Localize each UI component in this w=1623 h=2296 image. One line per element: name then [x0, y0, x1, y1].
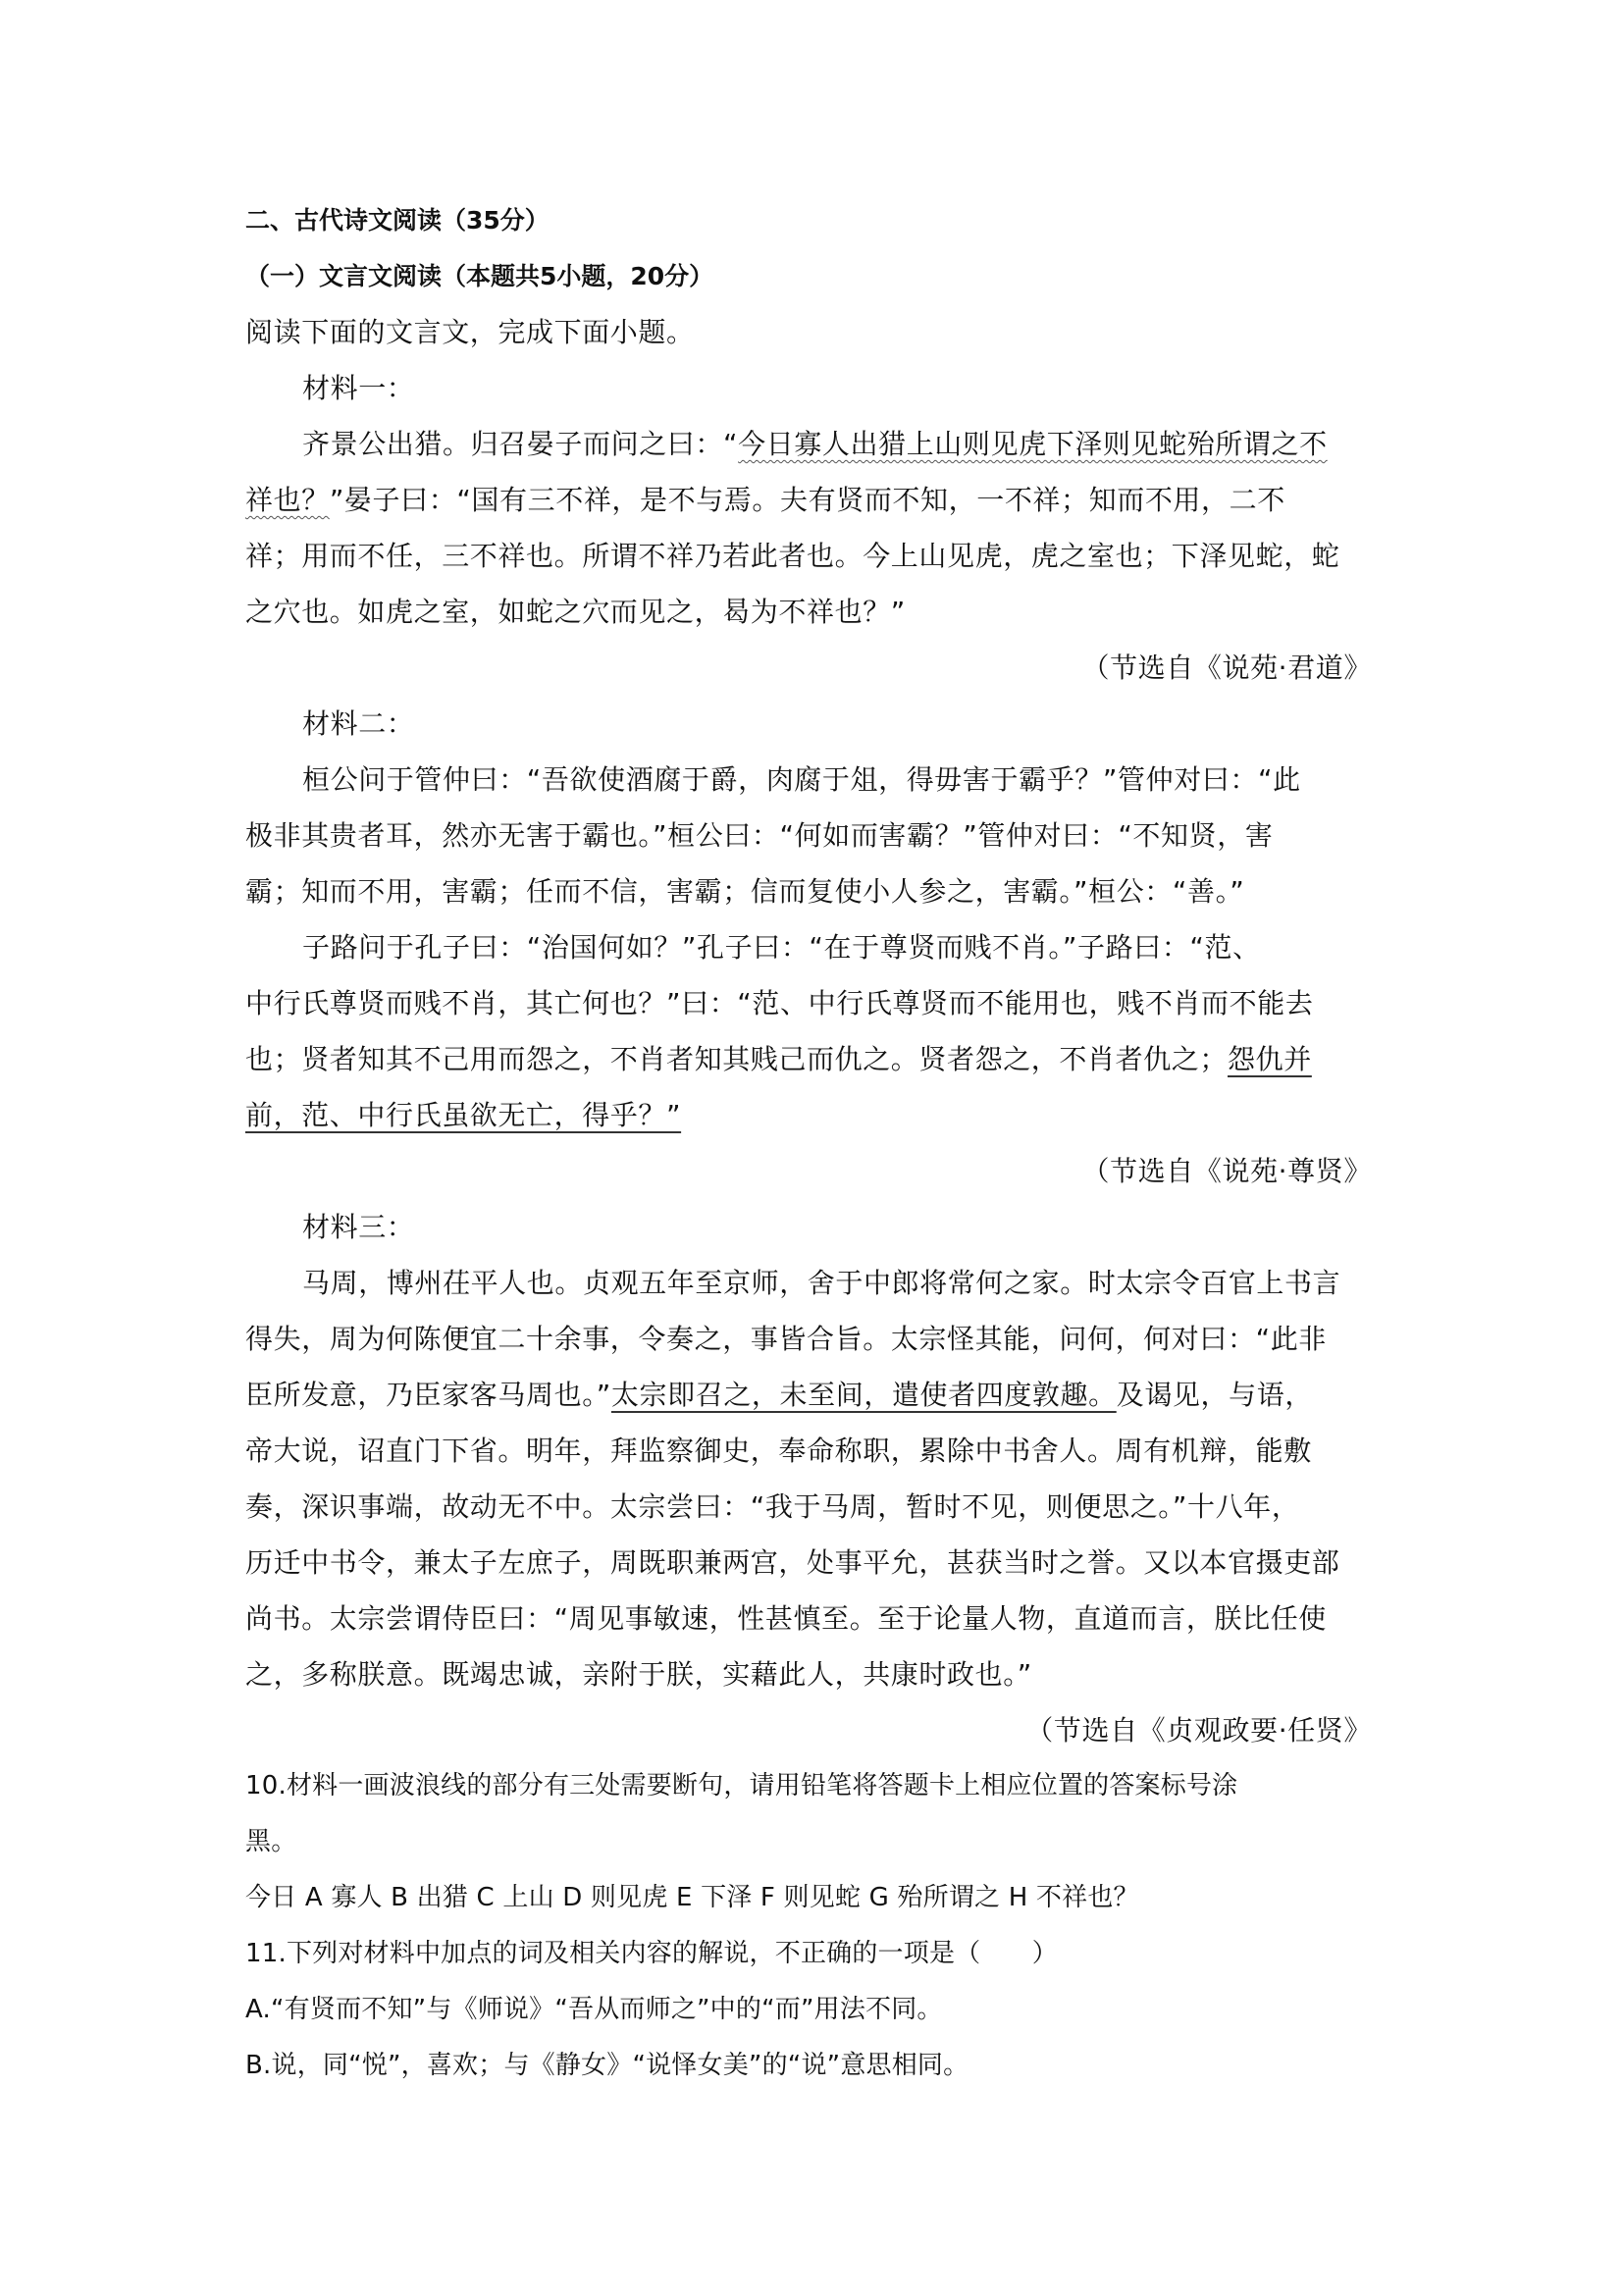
material2-line: 霸；知而不用，害霸；任而不信，害霸；信而复使小人参之，害霸。”桓公：“善。”: [245, 863, 1372, 919]
question-11-option-a: A.“有贤而不知”与《师说》“吾从而师之”中的“而”用法不同。: [245, 1982, 1372, 2038]
question-10-stem: 10.材料一画波浪线的部分有三处需要断句，请用铅笔将答题卡上相应位置的答案标号涂: [245, 1758, 1372, 1814]
material1-label: 材料一：: [245, 360, 1372, 416]
material3-line: 得失，周为何陈便宜二十余事，令奏之，事皆合旨。太宗怪其能，问何，何对曰：“此非: [245, 1311, 1372, 1367]
material2-line: 前，范、中行氏虽欲无亡，得乎？”: [245, 1087, 1372, 1143]
exam-page: 二、古代诗文阅读（35分） （一）文言文阅读（本题共5小题，20分） 阅读下面的…: [245, 192, 1372, 2094]
material1-source: （节选自《说苑·君道》: [245, 640, 1372, 696]
material1-line: 齐景公出猎。归召晏子而问之曰：“今日寡人出猎上山则见虎下泽则见蛇殆所谓之不: [245, 416, 1372, 472]
material2-line: 子路问于孔子曰：“治国何如？”孔子曰：“在于尊贤而贱不肖。”子路曰：“范、: [245, 919, 1372, 975]
material3-line: 尚书。太宗尝谓侍臣曰：“周见事敏速，性甚慎至。至于论量人物，直道而言，朕比任使: [245, 1591, 1372, 1646]
material3-line: 马周，博州茌平人也。贞观五年至京师，舍于中郎将常何之家。时太宗令百官上书言: [245, 1255, 1372, 1311]
question-10-stem-cont: 黑。: [245, 1814, 1372, 1870]
material3-line: 臣所发意，乃臣家客马周也。”太宗即召之，未至间，遣使者四度敦趣。及谒见，与语，: [245, 1367, 1372, 1423]
underlined-text: 太宗即召之，未至间，遣使者四度敦趣。: [611, 1379, 1117, 1411]
text: 齐景公出猎。归召晏子而问之曰：“: [302, 428, 738, 460]
material1-line: 祥也？”晏子曰：“国有三不祥，是不与焉。夫有贤而不知，一不祥；知而不用，二不: [245, 472, 1372, 528]
text: 臣所发意，乃臣家客马周也。”: [245, 1379, 611, 1411]
material2-line: 也；贤者知其不己用而怨之，不肖者知其贱己而仇之。贤者怨之，不肖者仇之；怨仇并: [245, 1031, 1372, 1087]
text: 也；贤者知其不己用而怨之，不肖者知其贱己而仇之。贤者怨之，不肖者仇之；: [245, 1043, 1228, 1075]
wavy-underlined-text: 祥也？: [245, 484, 330, 516]
underlined-text: 怨仇并: [1228, 1043, 1312, 1075]
question-11-option-b: B.说，同“悦”，喜欢；与《静女》“说怿女美”的“说”意思相同。: [245, 2038, 1372, 2094]
material1-line: 祥；用而不任，三不祥也。所谓不祥乃若此者也。今上山见虎，虎之室也；下泽见蛇，蛇: [245, 528, 1372, 584]
section-title: 二、古代诗文阅读（35分）: [245, 192, 1372, 248]
material3-line: 之，多称朕意。既竭忠诚，亲附于朕，实藉此人，共康时政也。”: [245, 1646, 1372, 1702]
material2-label: 材料二：: [245, 696, 1372, 752]
wavy-underlined-text: 今日寡人出猎上山则见虎下泽则见蛇殆所谓之不: [738, 428, 1328, 460]
material2-line: 桓公问于管仲曰：“吾欲使酒腐于爵，肉腐于俎，得毋害于霸乎？”管仲对曰：“此: [245, 752, 1372, 808]
material2-line: 极非其贵者耳，然亦无害于霸也。”桓公曰：“何如而害霸？”管仲对曰：“不知贤，害: [245, 808, 1372, 863]
material1-line: 之穴也。如虎之室，如蛇之穴而见之，曷为不祥也？”: [245, 584, 1372, 640]
underlined-text: 前，范、中行氏虽欲无亡，得乎？”: [245, 1099, 681, 1131]
question-11-stem: 11.下列对材料中加点的词及相关内容的解说，不正确的一项是（ ）: [245, 1926, 1372, 1982]
material2-line: 中行氏尊贤而贱不肖，其亡何也？”曰：“范、中行氏尊贤而不能用也，贱不肖而不能去: [245, 975, 1372, 1031]
material3-line: 奏，深识事端，故动无不中。太宗尝曰：“我于马周，暂时不见，则便思之。”十八年，: [245, 1479, 1372, 1535]
material3-source: （节选自《贞观政要·任贤》: [245, 1702, 1372, 1758]
instruction: 阅读下面的文言文，完成下面小题。: [245, 304, 1372, 360]
material3-label: 材料三：: [245, 1199, 1372, 1255]
material3-line: 历迁中书令，兼太子左庶子，周既职兼两宫，处事平允，甚获当时之誉。又以本官摄吏部: [245, 1535, 1372, 1591]
material2-source: （节选自《说苑·尊贤》: [245, 1143, 1372, 1199]
text: ”晏子曰：“国有三不祥，是不与焉。夫有贤而不知，一不祥；知而不用，二不: [330, 484, 1285, 516]
section-subtitle: （一）文言文阅读（本题共5小题，20分）: [245, 248, 1372, 304]
question-10-options: 今日 A 寡人 B 出猎 C 上山 D 则见虎 E 下泽 F 则见蛇 G 殆所谓…: [245, 1870, 1372, 1926]
material3-line: 帝大说，诏直门下省。明年，拜监察御史，奉命称职，累除中书舍人。周有机辩，能敷: [245, 1423, 1372, 1479]
text: 及谒见，与语，: [1117, 1379, 1313, 1411]
